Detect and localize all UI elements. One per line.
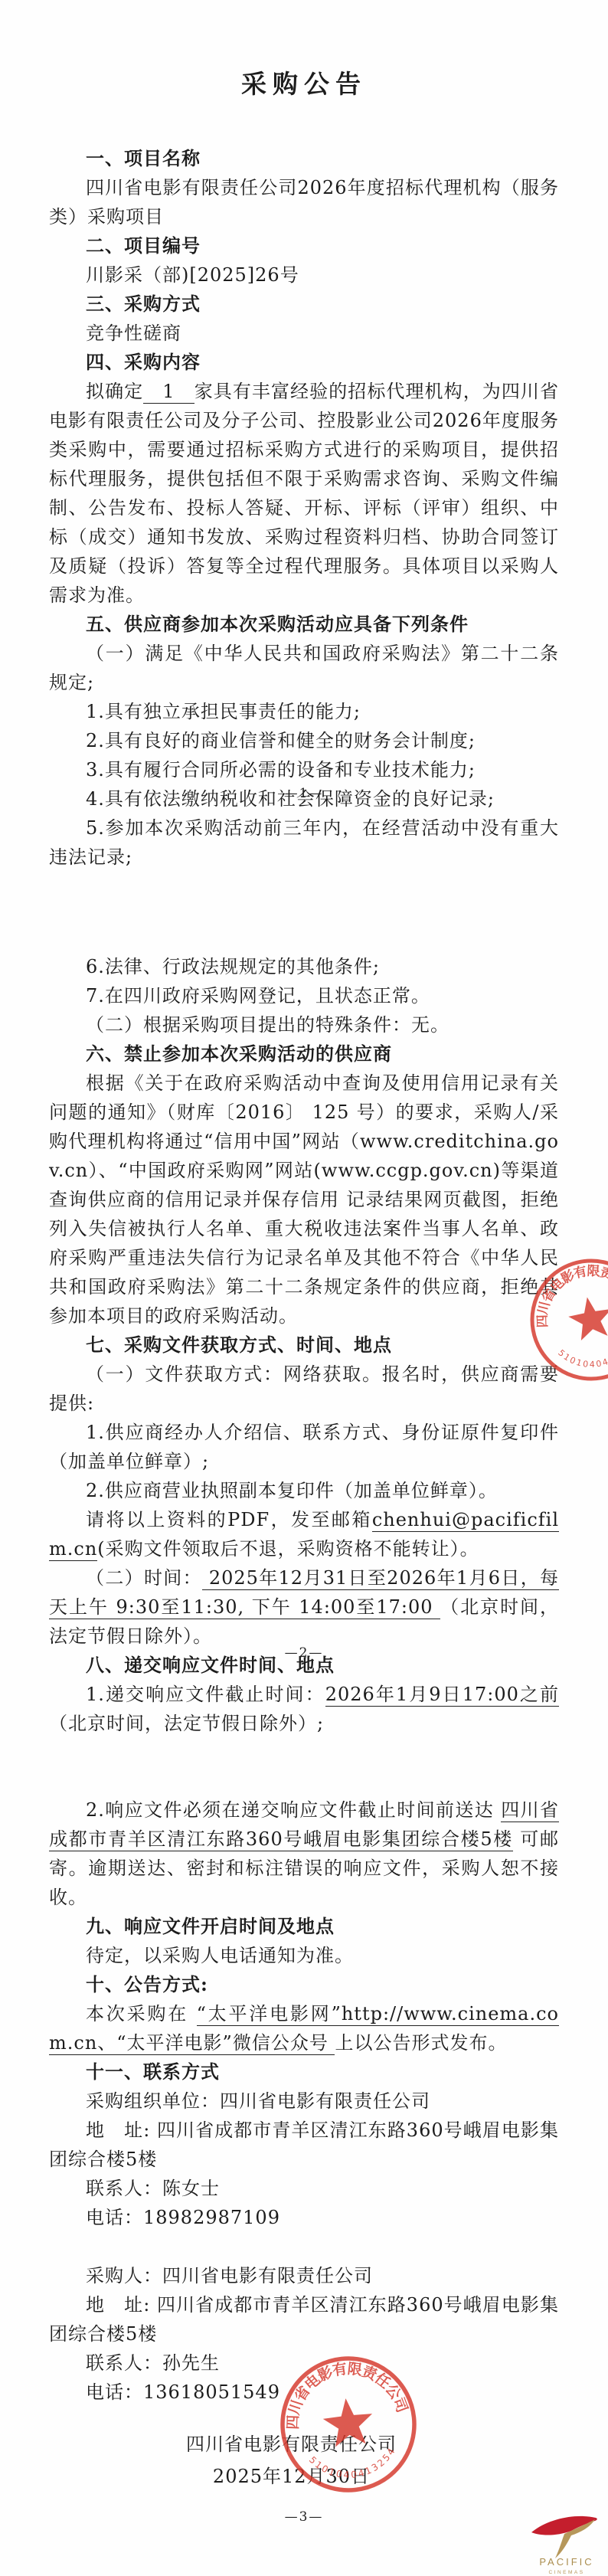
paragraph: 地 址: 四川省成都市青羊区清江东路360号峨眉电影集团综合楼5楼 bbox=[49, 2116, 559, 2174]
section-heading: 五、供应商参加本次采购活动应具备下列条件 bbox=[49, 610, 559, 639]
paragraph: 待定，以采购人电话通知为准。 bbox=[49, 1941, 559, 1970]
section-heading: 一、项目名称 bbox=[49, 144, 559, 173]
paragraph: 2.供应商营业执照副本复印件（加盖单位鲜章）。 bbox=[49, 1476, 559, 1505]
paragraph: 采购组织单位：四川省电影有限责任公司 bbox=[49, 2087, 559, 2116]
section-heading: 十一、联系方式 bbox=[49, 2057, 559, 2087]
logo-brand-text: PACIFIC bbox=[539, 2556, 593, 2568]
paragraph: 电话：18982987109 bbox=[49, 2203, 559, 2232]
paragraph: 请将以上资料的PDF，发至邮箱chenhui@pacificfilm.cn(采购… bbox=[49, 1505, 559, 1563]
section-heading: 三、采购方式 bbox=[49, 290, 559, 319]
section-heading: 四、采购内容 bbox=[49, 348, 559, 377]
seal-star-icon bbox=[566, 1294, 608, 1342]
svg-text:5101040413254: 5101040413254 bbox=[555, 1335, 608, 1376]
signature-company: 四川省电影有限责任公司 bbox=[186, 2428, 397, 2460]
section-heading: 七、采购文件获取方式、时间、地点 bbox=[49, 1331, 559, 1360]
page-number-3: —3— bbox=[0, 2509, 608, 2525]
page-2-content: 6.法律、行政法规规定的其他条件;7.在四川政府采购网登记，且状态正常。（二）根… bbox=[49, 952, 559, 1738]
paragraph: 5.参加本次采购活动前三年内，在经营活动中没有重大违法记录; bbox=[49, 813, 559, 872]
paragraph bbox=[49, 2232, 559, 2261]
seal-serial-text: 5101040413254 bbox=[555, 1335, 608, 1376]
signature-date: 2025年12月30日 bbox=[186, 2460, 397, 2493]
paragraph: 电话：13618051549 bbox=[49, 2378, 559, 2407]
page-1-content: 一、项目名称四川省电影有限责任公司2026年度招标代理机构（服务类）采购项目二、… bbox=[49, 144, 559, 872]
paragraph: （二）根据采购项目提出的特殊条件：无。 bbox=[49, 1010, 559, 1039]
paragraph: （一）满足《中华人民共和国政府采购法》第二十二条规定; bbox=[49, 639, 559, 697]
page-number-1: —1— bbox=[0, 786, 608, 801]
paragraph: 6.法律、行政法规规定的其他条件; bbox=[49, 952, 559, 981]
document-title: 采购公告 bbox=[49, 64, 559, 100]
scanned-document: 采购公告 一、项目名称四川省电影有限责任公司2026年度招标代理机构（服务类）采… bbox=[0, 0, 608, 2576]
paragraph: 地 址: 四川省成都市青羊区清江东路360号峨眉电影集团综合楼5楼 bbox=[49, 2290, 559, 2349]
page-number-2: —2— bbox=[0, 1645, 608, 1661]
paragraph: 采购人：四川省电影有限责任公司 bbox=[49, 2261, 559, 2290]
signature-block: 四川省电影有限责任公司2025年12月30日 bbox=[49, 2428, 559, 2493]
paragraph: 本次采购在 “太平洋电影网”http://www.cinema.com.cn、“… bbox=[49, 1999, 559, 2057]
paragraph: 竞争性磋商 bbox=[49, 319, 559, 348]
paragraph: 3.具有履行合同所必需的设备和专业技术能力; bbox=[49, 755, 559, 784]
section-heading: 九、响应文件开启时间及地点 bbox=[49, 1912, 559, 1941]
paragraph: 2.具有良好的商业信誉和健全的财务会计制度; bbox=[49, 726, 559, 755]
section-heading: 二、项目编号 bbox=[49, 231, 559, 260]
paragraph: 1.供应商经办人介绍信、联系方式、身份证原件复印件（加盖单位鲜章）; bbox=[49, 1418, 559, 1476]
page-3-content: 2.响应文件必须在递交响应文件截止时间前送达 四川省成都市青羊区清江东路360号… bbox=[49, 1795, 559, 2493]
paragraph: 1.递交响应文件截止时间：2026年1月9日17:00之前（北京时间，法定节假日… bbox=[49, 1680, 559, 1738]
paragraph: 四川省电影有限责任公司2026年度招标代理机构（服务类）采购项目 bbox=[49, 173, 559, 231]
section-heading: 十、公告方式: bbox=[49, 1970, 559, 1999]
pacific-cinemas-logo: PACIFIC CINEMAS bbox=[527, 2505, 606, 2575]
paragraph: 根据《关于在政府采购活动中查询及使用信用记录有关问题的通知》（财库〔2016〕 … bbox=[49, 1069, 559, 1331]
paragraph: 拟确定 1 家具有丰富经验的招标代理机构，为四川省电影有限责任公司及分子公司、控… bbox=[49, 377, 559, 610]
paragraph: 2.响应文件必须在递交响应文件截止时间前送达 四川省成都市青羊区清江东路360号… bbox=[49, 1795, 559, 1912]
paragraph: 联系人：孙先生 bbox=[49, 2349, 559, 2378]
paragraph: （二）时间： 2025年12月31日至2026年1月6日，每天上午 9:30至1… bbox=[49, 1563, 559, 1651]
logo-sub-text: CINEMAS bbox=[548, 2570, 584, 2575]
section-heading: 六、禁止参加本次采购活动的供应商 bbox=[49, 1039, 559, 1069]
paragraph: 川影采（部)[2025]26号 bbox=[49, 260, 559, 290]
paragraph: 联系人：陈女士 bbox=[49, 2174, 559, 2203]
paragraph: 1.具有独立承担民事责任的能力; bbox=[49, 697, 559, 726]
paragraph: 7.在四川政府采购网登记，且状态正常。 bbox=[49, 981, 559, 1010]
paragraph: （一）文件获取方式：网络获取。报名时，供应商需要提供: bbox=[49, 1360, 559, 1418]
